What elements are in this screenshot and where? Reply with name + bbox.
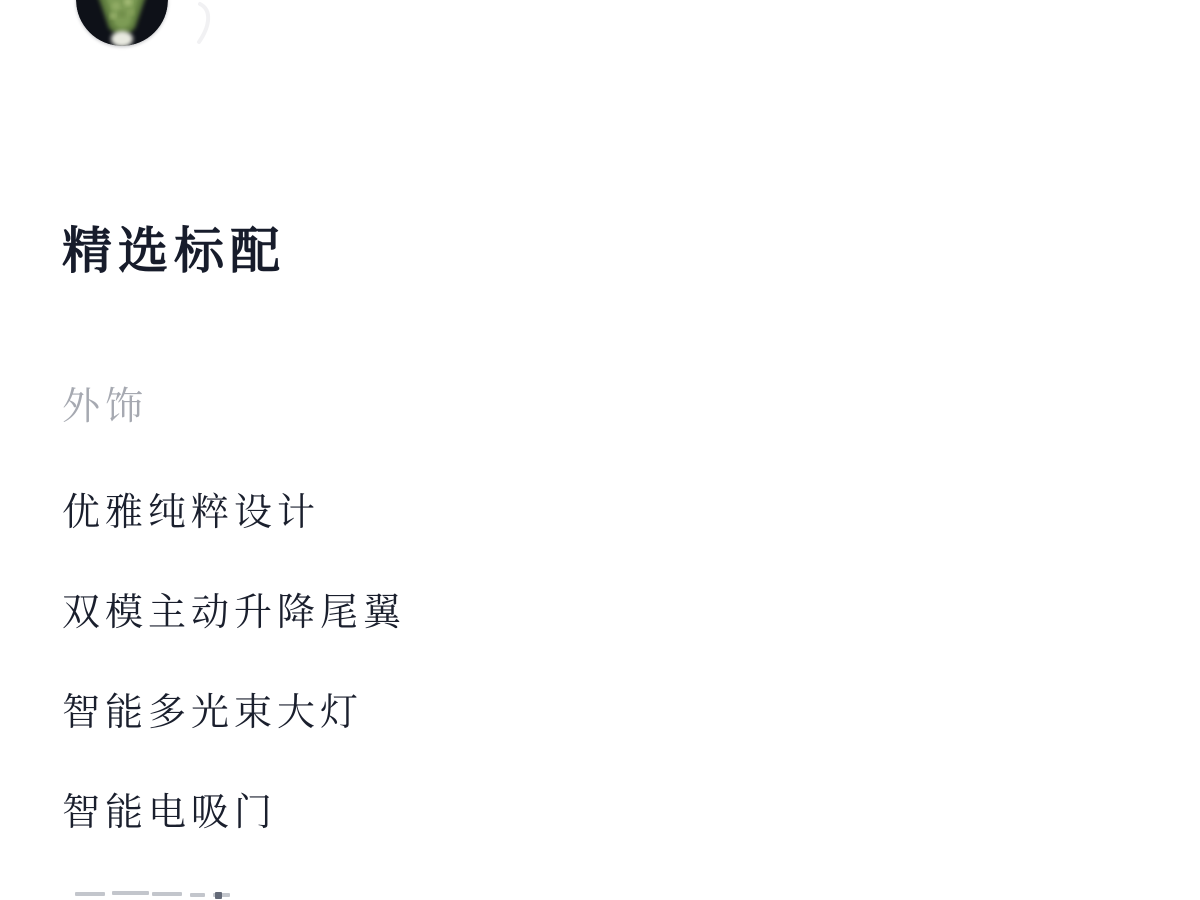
list-item: 优雅纯粹设计	[62, 463, 406, 563]
greenery-photo-avatar-icon	[76, 0, 168, 46]
clipped-glyph-fragment	[152, 892, 182, 896]
clipped-glyph-fragment	[112, 891, 149, 895]
page: 精选标配 外饰 优雅纯粹设计 双模主动升降尾翼 智能多光束大灯 智能电吸门	[0, 0, 1200, 900]
feature-list: 优雅纯粹设计 双模主动升降尾翼 智能多光束大灯 智能电吸门	[62, 463, 406, 863]
avatar[interactable]	[76, 0, 168, 46]
list-item: 智能多光束大灯	[62, 663, 406, 763]
page-title: 精选标配	[62, 224, 286, 278]
list-item: 智能电吸门	[62, 763, 406, 863]
clipped-list-item	[0, 890, 1200, 900]
list-item: 双模主动升降尾翼	[62, 563, 406, 663]
clipped-glyph-fragment	[190, 893, 205, 897]
clipped-glyph-fragment	[215, 892, 222, 899]
faint-stroke-decoration	[186, 0, 230, 48]
group-label-exterior: 外饰	[62, 387, 148, 429]
clipped-glyph-fragment	[75, 892, 105, 896]
